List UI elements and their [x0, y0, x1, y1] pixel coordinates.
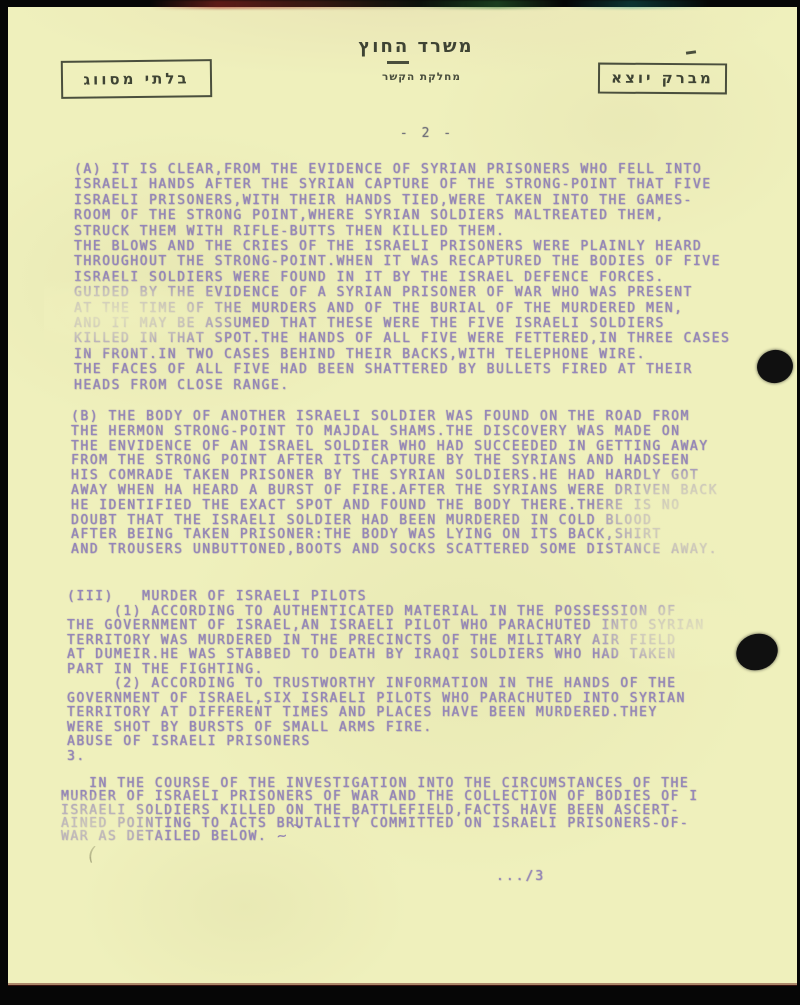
paragraph-3-abuse-of-prisoners: IN THE COURSE OF THE INVESTIGATION INTO … — [61, 777, 699, 843]
section-iii-murder-of-pilots: (III) MURDER OF ISRAELI PILOTS (1) ACCOR… — [67, 590, 705, 765]
title-underline — [387, 61, 409, 64]
scanned-telegram-page: משרד החוץ מחלקת הקשר בלתי מסווג מברק יוצ… — [0, 0, 800, 1005]
stamp-outgoing-telegram: מברק יוצא — [598, 63, 727, 95]
stamp-unclassified: בלתי מסווג — [61, 59, 212, 99]
continuation-marker: .../3 — [496, 869, 545, 884]
paragraph-a: (A) IT IS CLEAR,FROM THE EVIDENCE OF SYR… — [74, 162, 730, 393]
paragraph-b: (B) THE BODY OF ANOTHER ISRAELI SOLDIER … — [71, 410, 718, 558]
scan-edge-line — [8, 983, 797, 986]
page-number: - 2 - — [382, 126, 472, 141]
department-subtitle: מחלקת הקשר — [364, 71, 479, 83]
ministry-title: משרד החוץ — [316, 36, 516, 57]
scan-edge-artifact — [150, 0, 710, 9]
